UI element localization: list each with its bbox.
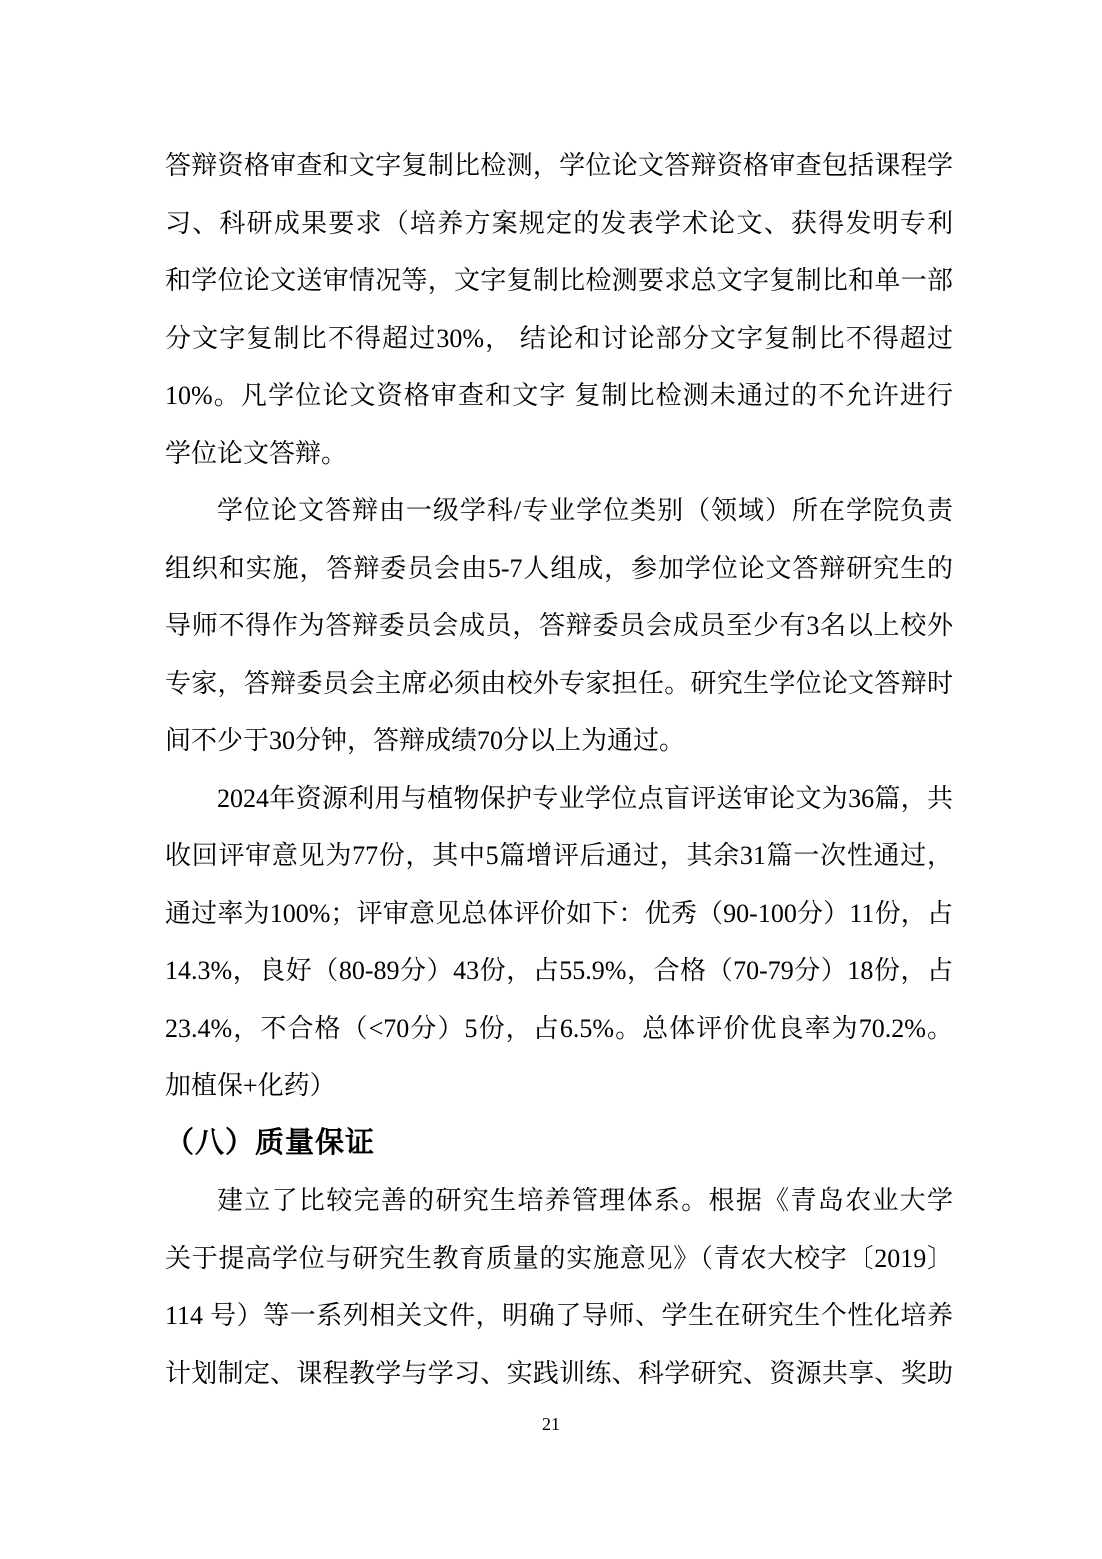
text-line: 分文字复制比不得超过30%， 结论和讨论部分文字复制比不得超过 — [165, 310, 953, 368]
paragraph-blind-review-statistics: 2024年资源利用与植物保护专业学位点盲评送审论文为36篇，共 收回评审意见为7… — [165, 770, 953, 1115]
text-line: 学位论文答辩。 — [165, 425, 953, 483]
text-line: 导师不得作为答辩委员会成员，答辩委员会成员至少有3名以上校外 — [165, 597, 953, 655]
text-line: 10%。凡学位论文资格审查和文字 复制比检测未通过的不允许进行 — [165, 367, 953, 425]
text-line: 组织和实施，答辩委员会由5-7人组成，参加学位论文答辩研究生的 — [165, 540, 953, 598]
page-number: 21 — [0, 1404, 1102, 1444]
section-heading-quality-assurance: （八）质量保证 — [165, 1115, 953, 1173]
text-line: 加植保+化药） — [165, 1057, 953, 1115]
paragraph-thesis-defense-organization: 学位论文答辩由一级学科/专业学位类别（领域）所在学院负责 组织和实施，答辩委员会… — [165, 482, 953, 770]
text-line: 23.4%，不合格（<70分）5份，占6.5%。总体评价优良率为70.2%。（添 — [165, 1000, 953, 1058]
document-page: 答辩资格审查和文字复制比检测，学位论文答辩资格审查包括课程学 习、科研成果要求（… — [0, 0, 1102, 1559]
text-line: 答辩资格审查和文字复制比检测，学位论文答辩资格审查包括课程学 — [165, 137, 953, 195]
text-line: 建立了比较完善的研究生培养管理体系。根据《青岛农业大学 — [165, 1172, 953, 1230]
paragraph-quality-assurance-system: 建立了比较完善的研究生培养管理体系。根据《青岛农业大学 关于提高学位与研究生教育… — [165, 1172, 953, 1402]
paragraph-defense-qualification-check: 答辩资格审查和文字复制比检测，学位论文答辩资格审查包括课程学 习、科研成果要求（… — [165, 137, 953, 482]
text-line: 和学位论文送审情况等，文字复制比检测要求总文字复制比和单一部 — [165, 252, 953, 310]
text-line: 14.3%，良好（80-89分）43份，占55.9%，合格（70-79分）18份… — [165, 942, 953, 1000]
text-line: 间不少于30分钟，答辩成绩70分以上为通过。 — [165, 712, 953, 770]
text-line: 专家，答辩委员会主席必须由校外专家担任。研究生学位论文答辩时 — [165, 655, 953, 713]
text-line: 关于提高学位与研究生教育质量的实施意见》（青农大校字〔2019〕 — [165, 1230, 953, 1288]
text-line: 习、科研成果要求（培养方案规定的发表学术论文、获得发明专利等） — [165, 195, 953, 253]
text-line: 收回评审意见为77份，其中5篇增评后通过，其余31篇一次性通过， — [165, 827, 953, 885]
text-line: 114 号）等一系列相关文件，明确了导师、学生在研究生个性化培养 — [165, 1287, 953, 1345]
text-line: 学位论文答辩由一级学科/专业学位类别（领域）所在学院负责 — [165, 482, 953, 540]
text-line: 2024年资源利用与植物保护专业学位点盲评送审论文为36篇，共 — [165, 770, 953, 828]
text-line: 计划制定、课程教学与学习、实践训练、科学研究、资源共享、奖助 — [165, 1345, 953, 1403]
text-line: 通过率为100%；评审意见总体评价如下：优秀（90-100分）11份，占 — [165, 885, 953, 943]
